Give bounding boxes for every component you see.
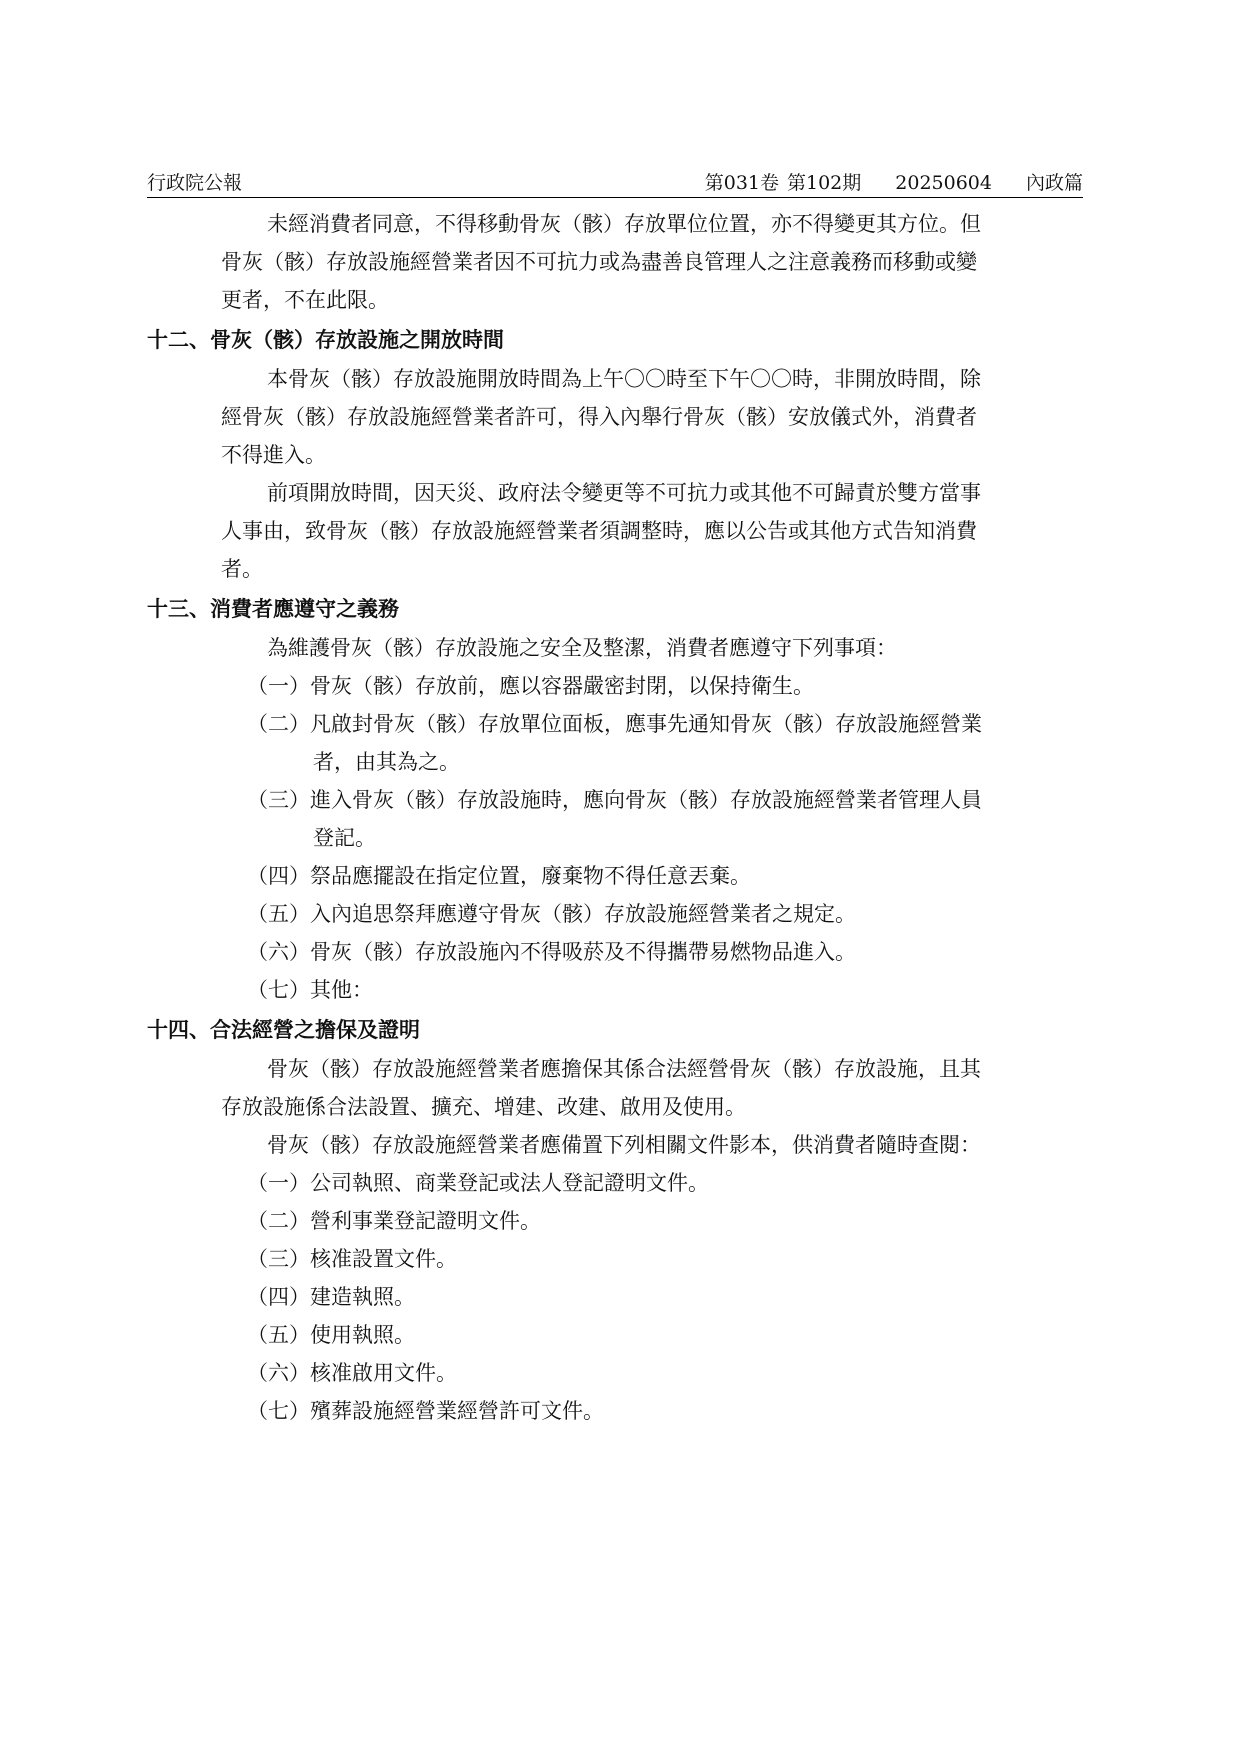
list-item: （一）公司執照、商業登記或法人登記證明文件。 [147, 1164, 1083, 1202]
list-item: （五）入內追思祭拜應遵守骨灰（骸）存放設施經營業者之規定。 [147, 895, 1083, 933]
paragraph-line: 前項開放時間，因天災、政府法令變更等不可抗力或其他不可歸責於雙方當事 [147, 474, 1083, 512]
list-item: （三）核准設置文件。 [147, 1240, 1083, 1278]
list-item: （四）祭品應擺設在指定位置，廢棄物不得任意丟棄。 [147, 857, 1083, 895]
issue-info: 第031卷 第102期 20250604 內政篇 [705, 171, 1083, 195]
list-item: （二）凡啟封骨灰（骸）存放單位面板，應事先通知骨灰（骸）存放設施經營業 [147, 705, 1083, 743]
paragraph-line: 存放設施係合法設置、擴充、增建、改建、啟用及使用。 [147, 1088, 1083, 1126]
list-item: （一）骨灰（骸）存放前，應以容器嚴密封閉，以保持衛生。 [147, 667, 1083, 705]
issue-number: 第102期 [787, 171, 861, 195]
paragraph-line: 骨灰（骸）存放設施經營業者因不可抗力或為盡善良管理人之注意義務而移動或變 [147, 243, 1083, 281]
list-item: （二）營利事業登記證明文件。 [147, 1202, 1083, 1240]
publication-name: 行政院公報 [147, 171, 242, 195]
section-heading-14: 十四、合法經營之擔保及證明 [147, 1009, 1083, 1050]
volume-number: 第031卷 [705, 171, 779, 195]
list-item: （七）殯葬設施經營業經營許可文件。 [147, 1392, 1083, 1430]
paragraph-line: 經骨灰（骸）存放設施經營業者許可，得入內舉行骨灰（骸）安放儀式外，消費者 [147, 398, 1083, 436]
list-item: （七）其他： [147, 971, 1083, 1009]
paragraph-line: 為維護骨灰（骸）存放設施之安全及整潔，消費者應遵守下列事項： [147, 629, 1083, 667]
section-heading-13: 十三、消費者應遵守之義務 [147, 588, 1083, 629]
list-item: （三）進入骨灰（骸）存放設施時，應向骨灰（骸）存放設施經營業者管理人員 [147, 781, 1083, 819]
paragraph-line: 者。 [147, 550, 1083, 588]
paragraph-line: 更者，不在此限。 [147, 281, 1083, 319]
section-heading-12: 十二、骨灰（骸）存放設施之開放時間 [147, 319, 1083, 360]
list-item: （六）核准啟用文件。 [147, 1354, 1083, 1392]
section-name: 內政篇 [1026, 171, 1083, 195]
list-item-continuation: 登記。 [147, 819, 1083, 857]
list-item-continuation: 者，由其為之。 [147, 743, 1083, 781]
issue-date: 20250604 [895, 171, 992, 195]
list-item: （五）使用執照。 [147, 1316, 1083, 1354]
paragraph-line: 骨灰（骸）存放設施經營業者應擔保其係合法經營骨灰（骸）存放設施，且其 [147, 1050, 1083, 1088]
paragraph-line: 不得進入。 [147, 436, 1083, 474]
paragraph-line: 本骨灰（骸）存放設施開放時間為上午〇〇時至下午〇〇時，非開放時間，除 [147, 360, 1083, 398]
page-header: 行政院公報 第031卷 第102期 20250604 內政篇 [147, 171, 1083, 198]
list-item: （四）建造執照。 [147, 1278, 1083, 1316]
paragraph-line: 骨灰（骸）存放設施經營業者應備置下列相關文件影本，供消費者隨時查閱： [147, 1126, 1083, 1164]
document-body: 未經消費者同意，不得移動骨灰（骸）存放單位位置，亦不得變更其方位。但 骨灰（骸）… [147, 205, 1083, 1430]
paragraph-line: 未經消費者同意，不得移動骨灰（骸）存放單位位置，亦不得變更其方位。但 [147, 205, 1083, 243]
list-item: （六）骨灰（骸）存放設施內不得吸菸及不得攜帶易燃物品進入。 [147, 933, 1083, 971]
paragraph-line: 人事由，致骨灰（骸）存放設施經營業者須調整時，應以公告或其他方式告知消費 [147, 512, 1083, 550]
